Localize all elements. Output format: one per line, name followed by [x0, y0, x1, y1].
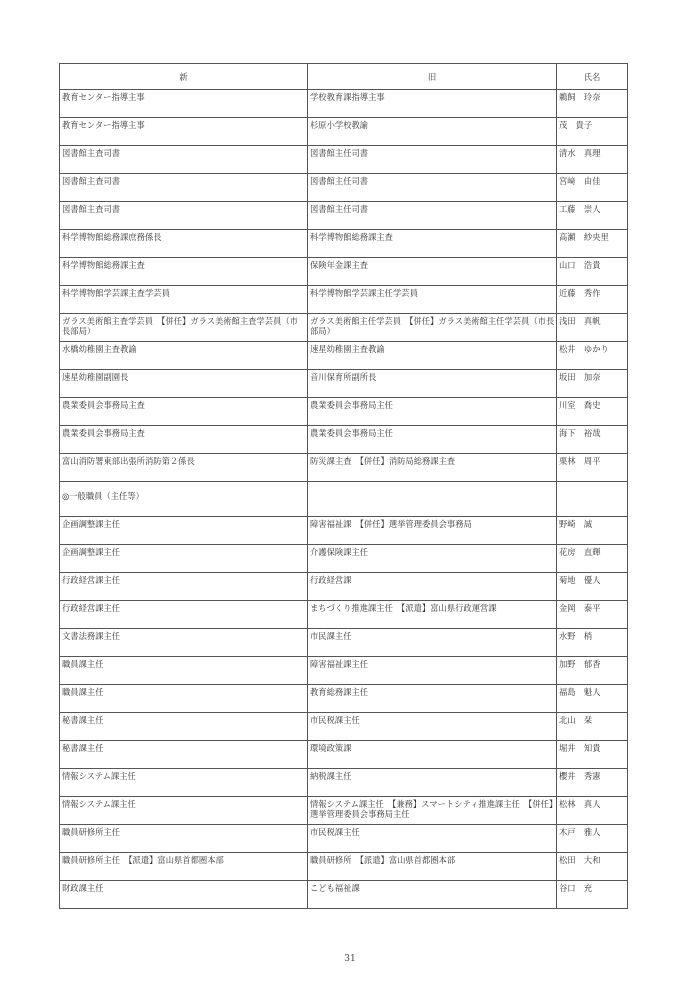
table-row: 速星幼稚園副園長音川保育所副所長坂田 加奈: [60, 370, 628, 398]
cell-old-position: 介護保険課主任: [308, 545, 557, 573]
cell-new-position: 科学博物館総務課主査: [60, 258, 308, 286]
cell-old-position: 障害福祉課主任: [308, 657, 557, 685]
cell-new-position: 科学博物館学芸課主査学芸員: [60, 286, 308, 314]
cell-old-position: 職員研修所 【派遣】富山県首都圏本部: [308, 853, 557, 881]
cell-old-position: 図書館主任司書: [308, 146, 557, 174]
cell-old-position: 市民税課主任: [308, 825, 557, 853]
cell-old-position: 行政経営課: [308, 573, 557, 601]
cell-name: 茂 貴子: [557, 118, 628, 146]
table-row: 教育センター指導主事学校教育課指導主事鵜飼 玲奈: [60, 90, 628, 118]
table-row: 文書法務課主任市民課主任水野 梢: [60, 629, 628, 657]
cell-name: 清水 真理: [557, 146, 628, 174]
cell-new-position: 行政経営課主任: [60, 573, 308, 601]
cell-name: 木戸 雅人: [557, 825, 628, 853]
table-row: 行政経営課主任行政経営課菊地 優人: [60, 573, 628, 601]
cell-new-position: 科学博物館総務課庶務係長: [60, 230, 308, 258]
cell-new-position: 図書館主査司書: [60, 174, 308, 202]
cell-old-position: 環境政策課: [308, 741, 557, 769]
cell-name: 北山 栞: [557, 713, 628, 741]
cell-old-position: 防災課主査 【併任】消防局総務課主査: [308, 454, 557, 482]
cell-old-position: 教育総務課主任: [308, 685, 557, 713]
table-row: 職員研修所主任 【派遣】富山県首都圏本部職員研修所 【派遣】富山県首都圏本部松田…: [60, 853, 628, 881]
cell-name: 松井 ゆかり: [557, 342, 628, 370]
table-row: 職員課主任障害福祉課主任加野 郁香: [60, 657, 628, 685]
table-body: 教育センター指導主事学校教育課指導主事鵜飼 玲奈教育センター指導主事杉原小学校教…: [60, 90, 628, 909]
cell-old-position: 科学博物館学芸課主任学芸員: [308, 286, 557, 314]
cell-name: 宮﨑 由佳: [557, 174, 628, 202]
cell-old-position: 農業委員会事務局主任: [308, 398, 557, 426]
cell-name: 海下 裕哉: [557, 426, 628, 454]
cell-name: 谷口 充: [557, 881, 628, 909]
table-row: 企画調整課主任障害福祉課 【併任】選挙管理委員会事務局野崎 誠: [60, 517, 628, 545]
section-header-row: ◎一般職員（主任等）: [60, 482, 628, 517]
cell-name: 水野 梢: [557, 629, 628, 657]
column-header-new: 新: [60, 64, 308, 90]
table-row: 財政課主任こども福祉課谷口 充: [60, 881, 628, 909]
cell-name: 堀井 知貴: [557, 741, 628, 769]
cell-name: 松田 大和: [557, 853, 628, 881]
cell-name: 松林 真人: [557, 797, 628, 825]
cell-new-position: 行政経営課主任: [60, 601, 308, 629]
table-row: 科学博物館学芸課主査学芸員科学博物館学芸課主任学芸員近藤 秀作: [60, 286, 628, 314]
cell-name: [557, 482, 628, 517]
cell-new-position: 速星幼稚園副園長: [60, 370, 308, 398]
cell-old-position: こども福祉課: [308, 881, 557, 909]
table-row: 教育センター指導主事杉原小学校教諭茂 貴子: [60, 118, 628, 146]
cell-old-position: まちづくり推進課主任 【派遣】富山県行政運営課: [308, 601, 557, 629]
table-row: 企画調整課主任介護保険課主任花房 直輝: [60, 545, 628, 573]
cell-old-position: 図書館主任司書: [308, 174, 557, 202]
table-row: 水橋幼稚園主査教諭速星幼稚園主査教諭松井 ゆかり: [60, 342, 628, 370]
cell-name: 鵜飼 玲奈: [557, 90, 628, 118]
personnel-transfer-table: 新 旧 氏名 教育センター指導主事学校教育課指導主事鵜飼 玲奈教育センター指導主…: [59, 63, 628, 909]
cell-old-position: 速星幼稚園主査教諭: [308, 342, 557, 370]
cell-new-position: 文書法務課主任: [60, 629, 308, 657]
cell-new-position: 図書館主査司書: [60, 202, 308, 230]
cell-old-position: 杉原小学校教諭: [308, 118, 557, 146]
table-row: 情報システム課主任納税課主任櫻井 秀憲: [60, 769, 628, 797]
cell-name: 高瀬 紗央里: [557, 230, 628, 258]
cell-new-position: 情報システム課主任: [60, 769, 308, 797]
table-row: 図書館主査司書図書館主任司書宮﨑 由佳: [60, 174, 628, 202]
table-row: 農業委員会事務局主査農業委員会事務局主任川室 喬史: [60, 398, 628, 426]
page-number: 31: [0, 954, 700, 964]
table-row: 図書館主査司書図書館主任司書工藤 崇人: [60, 202, 628, 230]
table-row: 職員研修所主任市民税課主任木戸 雅人: [60, 825, 628, 853]
cell-new-position: 秘書課主任: [60, 713, 308, 741]
column-header-name: 氏名: [557, 64, 628, 90]
cell-name: 加野 郁香: [557, 657, 628, 685]
cell-old-position: ガラス美術館主任学芸員 【併任】ガラス美術館主任学芸員（市長部局）: [308, 314, 557, 342]
cell-name: 花房 直輝: [557, 545, 628, 573]
cell-name: 工藤 崇人: [557, 202, 628, 230]
cell-old-position: 市民課主任: [308, 629, 557, 657]
table-row: 農業委員会事務局主査農業委員会事務局主任海下 裕哉: [60, 426, 628, 454]
cell-old-position: 図書館主任司書: [308, 202, 557, 230]
cell-old-position: 農業委員会事務局主任: [308, 426, 557, 454]
cell-new-position: 水橋幼稚園主査教諭: [60, 342, 308, 370]
cell-name: 福島 魁人: [557, 685, 628, 713]
cell-new-position: 企画調整課主任: [60, 517, 308, 545]
cell-new-position: 富山消防署東部出張所消防第２係長: [60, 454, 308, 482]
table-row: 秘書課主任環境政策課堀井 知貴: [60, 741, 628, 769]
cell-name: 近藤 秀作: [557, 286, 628, 314]
cell-old-position: 市民税課主任: [308, 713, 557, 741]
cell-name: 櫻井 秀憲: [557, 769, 628, 797]
table-row: 富山消防署東部出張所消防第２係長防災課主査 【併任】消防局総務課主査栗林 周平: [60, 454, 628, 482]
cell-name: 浅田 真帆: [557, 314, 628, 342]
table-row: 情報システム課主任情報システム課主任 【兼務】スマートシティ推進課主任 【併任】…: [60, 797, 628, 825]
cell-new-position: 農業委員会事務局主査: [60, 426, 308, 454]
cell-old-position: 学校教育課指導主事: [308, 90, 557, 118]
cell-new-position: 職員課主任: [60, 657, 308, 685]
cell-new-position: 職員課主任: [60, 685, 308, 713]
cell-old-position: 情報システム課主任 【兼務】スマートシティ推進課主任 【併任】選挙管理委員会事務…: [308, 797, 557, 825]
column-header-old: 旧: [308, 64, 557, 90]
table-row: 行政経営課主任まちづくり推進課主任 【派遣】富山県行政運営課金岡 泰平: [60, 601, 628, 629]
cell-old-position: 科学博物館総務課主査: [308, 230, 557, 258]
cell-old-position: 保険年金課主査: [308, 258, 557, 286]
table-row: 職員課主任教育総務課主任福島 魁人: [60, 685, 628, 713]
cell-new-position: 図書館主査司書: [60, 146, 308, 174]
cell-name: 野崎 誠: [557, 517, 628, 545]
cell-new-position: 教育センター指導主事: [60, 90, 308, 118]
cell-name: 山口 浩貴: [557, 258, 628, 286]
cell-new-position: 農業委員会事務局主査: [60, 398, 308, 426]
table-row: 図書館主査司書図書館主任司書清水 真理: [60, 146, 628, 174]
cell-name: 坂田 加奈: [557, 370, 628, 398]
cell-new-position: 財政課主任: [60, 881, 308, 909]
table-row: ガラス美術館主査学芸員 【併任】ガラス美術館主査学芸員（市長部局）ガラス美術館主…: [60, 314, 628, 342]
cell-new-position: 職員研修所主任 【派遣】富山県首都圏本部: [60, 853, 308, 881]
cell-name: 栗林 周平: [557, 454, 628, 482]
cell-name: 川室 喬史: [557, 398, 628, 426]
cell-new-position: 秘書課主任: [60, 741, 308, 769]
cell-new-position: 教育センター指導主事: [60, 118, 308, 146]
cell-new-position: 職員研修所主任: [60, 825, 308, 853]
cell-name: 金岡 泰平: [557, 601, 628, 629]
table-row: 科学博物館総務課主査保険年金課主査山口 浩貴: [60, 258, 628, 286]
cell-old-position: 音川保育所副所長: [308, 370, 557, 398]
cell-old-position: 納税課主任: [308, 769, 557, 797]
cell-new-position: ガラス美術館主査学芸員 【併任】ガラス美術館主査学芸員（市長部局）: [60, 314, 308, 342]
cell-new-position: 企画調整課主任: [60, 545, 308, 573]
table-row: 秘書課主任市民税課主任北山 栞: [60, 713, 628, 741]
cell-name: 菊地 優人: [557, 573, 628, 601]
table-header-row: 新 旧 氏名: [60, 64, 628, 90]
cell-old-position: 障害福祉課 【併任】選挙管理委員会事務局: [308, 517, 557, 545]
cell-new-position: 情報システム課主任: [60, 797, 308, 825]
cell-new-position: ◎一般職員（主任等）: [60, 482, 308, 517]
table-row: 科学博物館総務課庶務係長科学博物館総務課主査高瀬 紗央里: [60, 230, 628, 258]
cell-old-position: [308, 482, 557, 517]
